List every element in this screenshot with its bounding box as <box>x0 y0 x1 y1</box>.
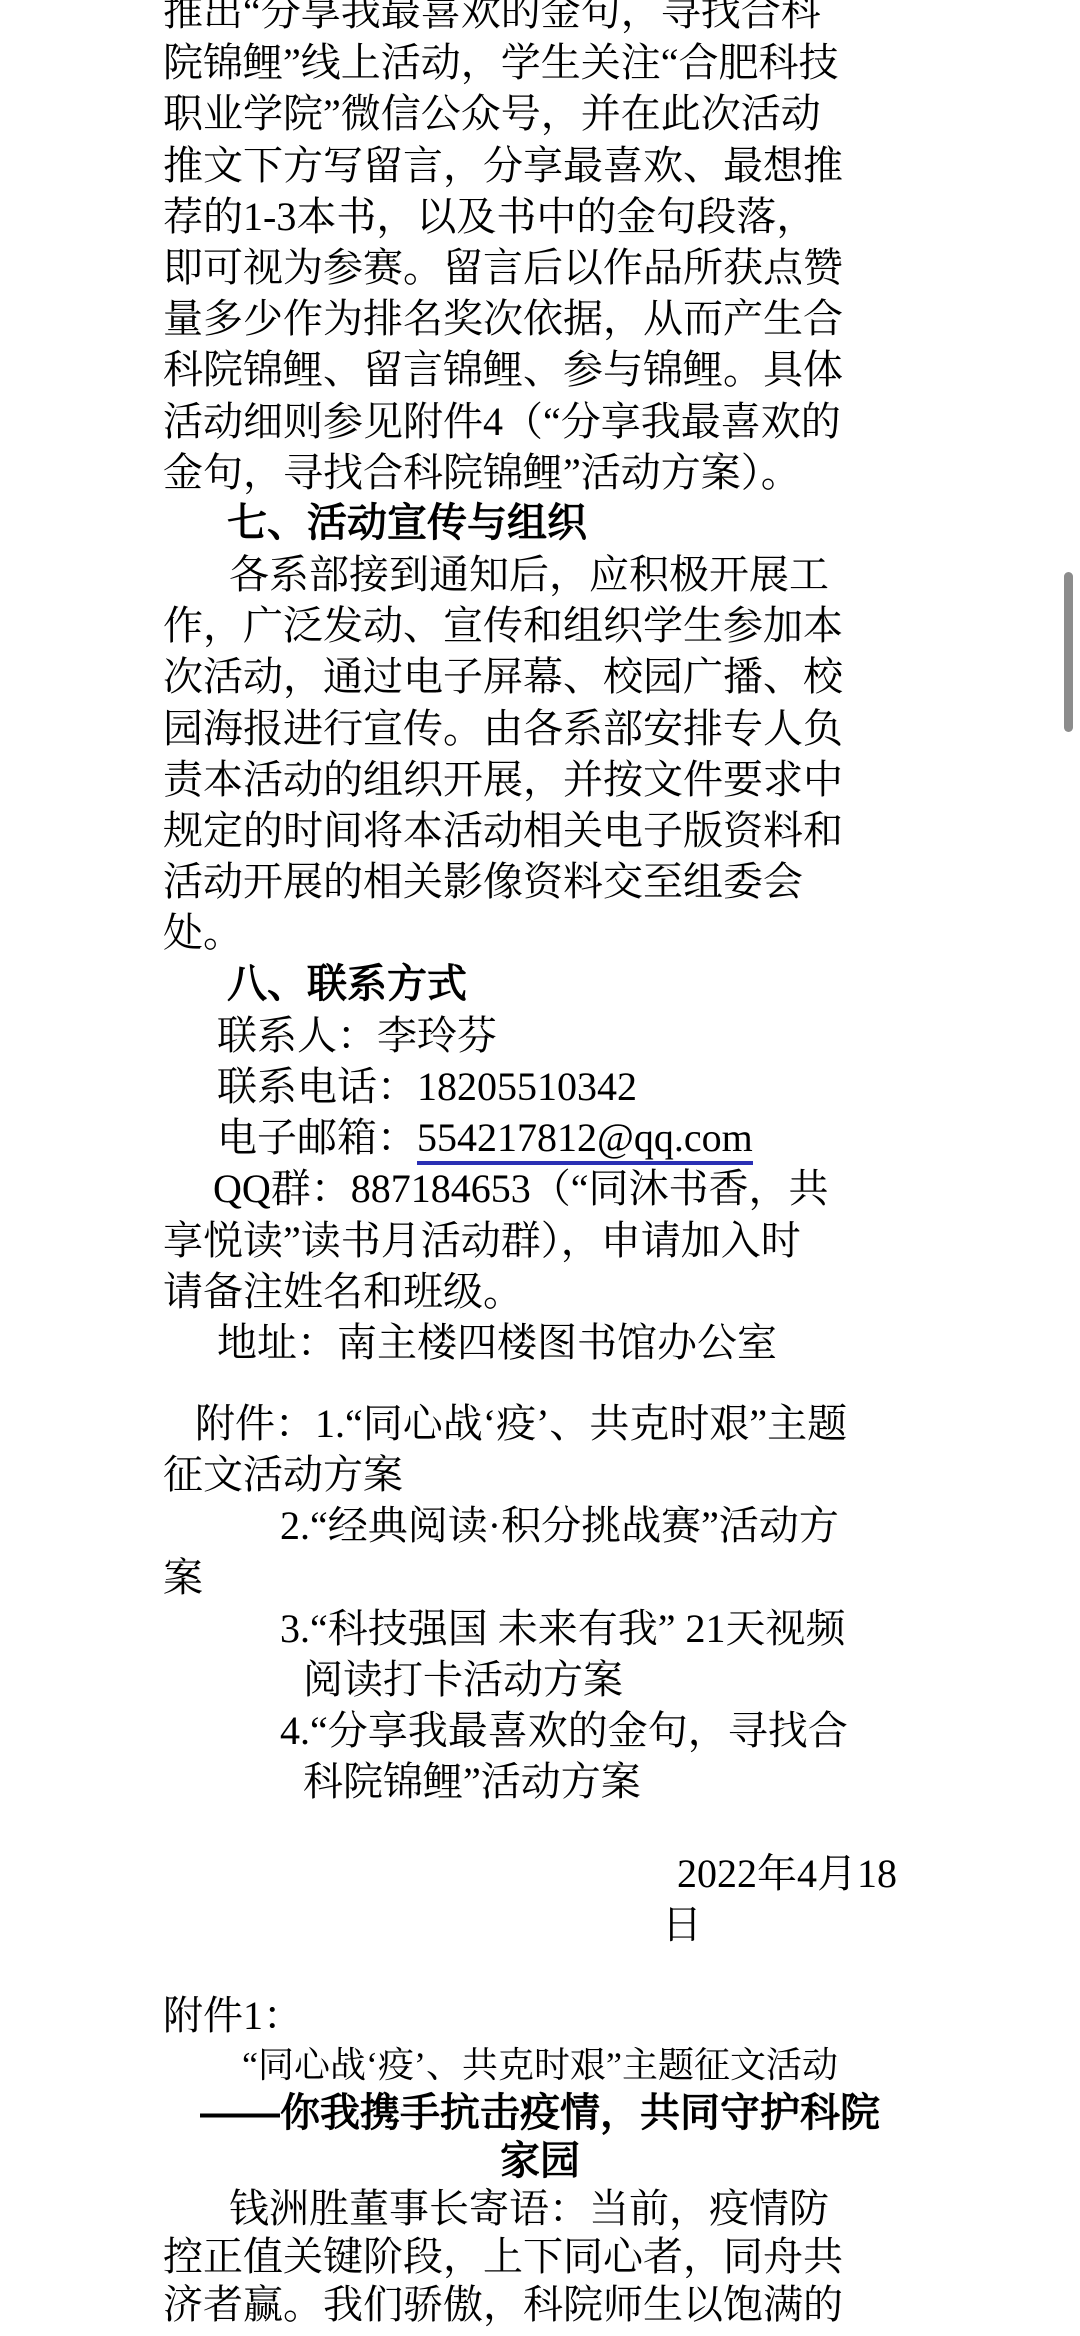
text-line: 次活动，通过电子屏幕、校园广播、校 <box>163 651 917 702</box>
text-line: 金句，寻找合科院锦鲤”活动方案）。 <box>163 447 917 498</box>
text-line: 量多少作为排名奖次依据，从而产生合 <box>163 293 917 344</box>
spacer <box>163 1808 917 1848</box>
contact-name-line: 联系人：李玲芬 <box>163 1010 917 1061</box>
text-line: 控正值关键阶段，上下同心者，同舟共 <box>163 2233 917 2281</box>
attachment-1-subtitle: 家园 <box>163 2137 917 2185</box>
text-line: 征文活动方案 <box>163 1449 917 1500</box>
section-heading-7: 七、活动宣传与组织 <box>163 498 917 549</box>
text-line: 即可视为参赛。留言后以作品所获点赞 <box>163 242 917 293</box>
text-line: 作，广泛发动、宣传和组织学生参加本 <box>163 600 917 651</box>
text-line: 活动细则参见附件4（“分享我最喜欢的 <box>163 396 917 447</box>
date-line: 日 <box>163 1899 917 1950</box>
text-line: 活动开展的相关影像资料交至组委会 <box>163 856 917 907</box>
spacer <box>163 1368 917 1398</box>
spacer <box>163 1950 917 1990</box>
text-line: 案 <box>163 1552 917 1603</box>
contact-phone-line: 联系电话：18205510342 <box>163 1061 917 1112</box>
text-line: 院锦鲤”线上活动，学生关注“合肥科技 <box>163 37 917 88</box>
text-line: 科院锦鲤”活动方案 <box>163 1756 917 1807</box>
text-line: 推文下方写留言，分享最喜欢、最想推 <box>163 140 917 191</box>
text-line: 荐的1-3本书，以及书中的金句段落， <box>163 191 917 242</box>
contact-email-line: 电子邮箱：554217812@qq.com <box>163 1112 917 1163</box>
attachment-1-subtitle: ——你我携手抗击疫情，共同守护科院 <box>163 2089 917 2137</box>
text-line: 各系部接到通知后，应积极开展工 <box>163 549 917 600</box>
text-line: 阅读打卡活动方案 <box>163 1654 917 1705</box>
attachment-1-label: 附件1： <box>163 1990 917 2041</box>
attachment-list-item-3: 3.“科技强国 未来有我” 21天视频 <box>163 1603 917 1654</box>
text-line: 请备注姓名和班级。 <box>163 1266 917 1317</box>
contact-address-line: 地址：南主楼四楼图书馆办公室 <box>163 1317 917 1368</box>
email-link[interactable]: 554217812@qq.com <box>417 1115 753 1165</box>
text-line: 享悦读”读书月活动群），申请加入时 <box>163 1215 917 1266</box>
text-line: 处。 <box>163 907 917 958</box>
contact-qq-line: QQ群：887184653（“同沐书香，共 <box>163 1163 917 1214</box>
section-heading-8: 八、联系方式 <box>163 959 917 1010</box>
text-line: 规定的时间将本活动相关电子版资料和 <box>163 805 917 856</box>
text-line: 责本活动的组织开展，并按文件要求中 <box>163 754 917 805</box>
date-line: 2022年4月18 <box>163 1848 917 1899</box>
text-line: 园海报进行宣传。由各系部安排专人负 <box>163 703 917 754</box>
attachment-list-item-4: 4.“分享我最喜欢的金句，寻找合 <box>163 1705 917 1756</box>
text-line: 科院锦鲤、留言锦鲤、参与锦鲤。具体 <box>163 344 917 395</box>
text-line: 推出“分享我最喜欢的金句，寻找合科 <box>163 0 917 37</box>
attachment-list-item-2: 2.“经典阅读·积分挑战赛”活动方 <box>163 1500 917 1551</box>
text-line: 钱洲胜董事长寄语：当前，疫情防 <box>163 2185 917 2233</box>
text-line: 职业学院”微信公众号，并在此次活动 <box>163 88 917 139</box>
scrollbar-thumb[interactable] <box>1064 572 1073 732</box>
text-line: 济者赢。我们骄傲，科院师生以饱满的 <box>163 2281 917 2329</box>
document-page: 推出“分享我最喜欢的金句，寻找合科院锦鲤”线上活动，学生关注“合肥科技职业学院”… <box>163 0 917 2329</box>
field-label: 电子邮箱： <box>217 1115 417 1160</box>
attachment-1-title: “同心战‘疫’、共克时艰”主题征文活动 <box>163 2041 917 2089</box>
attachment-list-item-1: 附件：1.“同心战‘疫’、共克时艰”主题 <box>163 1398 917 1449</box>
